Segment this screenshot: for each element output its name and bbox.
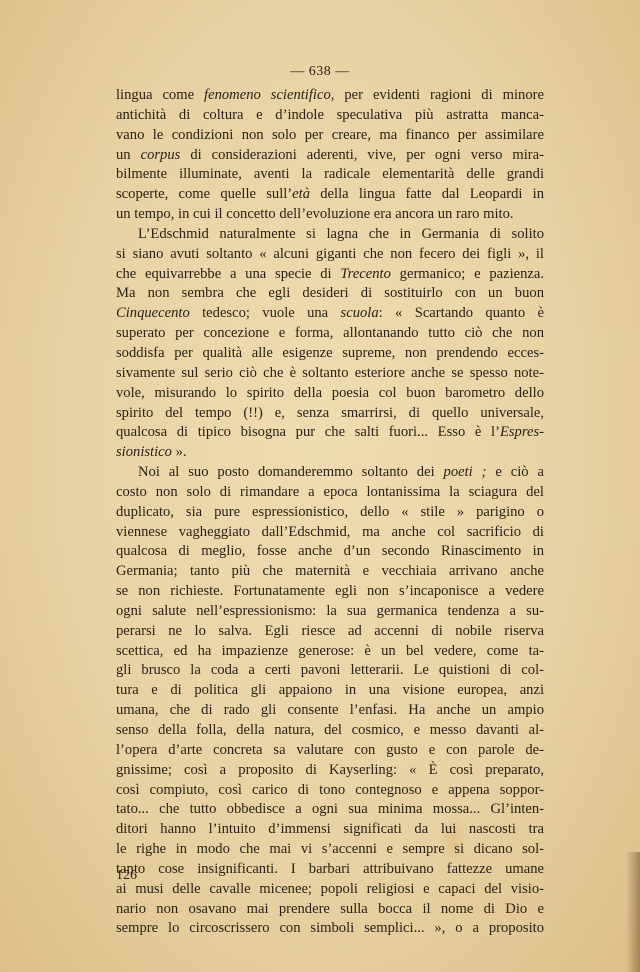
text-line: se non richieste. Fortunatamente egli no… xyxy=(116,582,544,602)
text-line: antichità di coltura e d’indole speculat… xyxy=(116,106,544,126)
text-line: ai musi delle cavalle micenee; popoli re… xyxy=(116,880,544,900)
text-run: ogni salute nell’espressionismo: la sua … xyxy=(116,603,544,619)
text-run: e ciò a xyxy=(486,464,544,480)
text-run: scettica, ed ha impazienze generose: è u… xyxy=(116,643,544,659)
running-head-page-number: — 638 — xyxy=(0,64,640,80)
italic-text: Trecento xyxy=(340,266,391,282)
text-run: antichità di coltura e d’indole speculat… xyxy=(116,107,544,123)
text-line: bilmente illuminate, aventi la radicale … xyxy=(116,165,544,185)
text-line: qualcosa di meglio, fosse anche d’un sec… xyxy=(116,542,544,562)
text-run: : « Scartando quanto è xyxy=(379,305,544,321)
text-run: sivamente sul serio ciò che è soltanto e… xyxy=(116,365,544,381)
text-run: tato... che tutto obbedisce a ogni sua m… xyxy=(116,801,544,817)
text-run: germanico; e pazienza. xyxy=(391,266,544,282)
text-run: costo non solo di rimandare a epoca lont… xyxy=(116,484,544,500)
book-page: — 638 — lingua come fenomeno scientifico… xyxy=(0,0,640,972)
text-run: duplicato, sia pure espressionistico, de… xyxy=(116,504,544,520)
text-line: viennese vagheggiato dall’Edschmid, ma a… xyxy=(116,523,544,543)
text-line: le righe in modo che mai vi s’accenni e … xyxy=(116,840,544,860)
text-run: perarsi ne lo salva. Egli riesce ad acce… xyxy=(116,623,544,639)
italic-text: sionistico xyxy=(116,444,172,460)
text-line: Germania; tanto più che maternità e vecc… xyxy=(116,562,544,582)
text-run: scoperte, come quelle sull’ xyxy=(116,186,292,202)
text-run: che equivarrebbe a una specie di xyxy=(116,266,340,282)
text-line: così compiuto, così carico di tono conte… xyxy=(116,781,544,801)
text-run: un xyxy=(116,147,141,163)
text-line: spirito del tempo (!!) e, senza smarrirs… xyxy=(116,404,544,424)
text-line: tato... che tutto obbedisce a ogni sua m… xyxy=(116,800,544,820)
text-run: un tempo, in cui il concetto dell’evoluz… xyxy=(116,206,514,222)
italic-text: scuola xyxy=(341,305,379,321)
text-run: senso della folla, della natura, del cos… xyxy=(116,722,544,738)
text-run: tanto cose insignificanti. I barbari att… xyxy=(116,861,544,877)
body-text: lingua come fenomeno scientifico, per ev… xyxy=(116,86,544,939)
italic-text: corpus xyxy=(141,147,181,163)
text-line: Ma non sembra che egli desideri di sosti… xyxy=(116,284,544,304)
text-run: nario non osavano mai prendere sulla boc… xyxy=(116,901,544,917)
text-run: Germania; tanto più che maternità e vecc… xyxy=(116,563,544,579)
text-run: vano le condizioni non solo per creare, … xyxy=(116,127,544,143)
text-line: un tempo, in cui il concetto dell’evoluz… xyxy=(116,205,544,225)
text-run: viennese vagheggiato dall’Edschmid, ma a… xyxy=(116,524,544,540)
text-run: ai musi delle cavalle micenee; popoli re… xyxy=(116,881,544,897)
text-run: gnissime; così a proposito di Kayserling… xyxy=(116,762,544,778)
text-run: Ma non sembra che egli desideri di sosti… xyxy=(116,285,544,301)
text-run: ». xyxy=(172,444,187,460)
italic-text: Cinquecento xyxy=(116,305,190,321)
text-run: di considerazioni aderenti, vive, per og… xyxy=(180,147,544,163)
text-run: bilmente illuminate, aventi la radicale … xyxy=(116,166,544,182)
text-run: della lingua fatte dal Leopardi in xyxy=(310,186,544,202)
text-line: superato per concezione e forma, allonta… xyxy=(116,324,544,344)
text-run: sempre lo circoscrissero con simboli sem… xyxy=(116,920,544,936)
text-run: , per evidenti ragioni di minore xyxy=(331,87,544,103)
text-line: Noi al suo posto domanderemmo soltanto d… xyxy=(116,463,544,483)
text-run: se non richieste. Fortunatamente egli no… xyxy=(116,583,544,599)
text-line: sionistico ». xyxy=(116,443,544,463)
folio-number: 126 xyxy=(116,868,137,884)
text-line: un corpus di considerazioni aderenti, vi… xyxy=(116,146,544,166)
text-run: tura e di politica gli appaiono in una v… xyxy=(116,682,544,698)
text-line: vano le condizioni non solo per creare, … xyxy=(116,126,544,146)
text-run: gli brusco la coda a certi pavoni letter… xyxy=(116,662,544,678)
text-line: umana, che di rado gli consente l’enfasi… xyxy=(116,701,544,721)
text-run: Noi al suo posto domanderemmo soltanto d… xyxy=(138,464,444,480)
text-line: lingua come fenomeno scientifico, per ev… xyxy=(116,86,544,106)
text-line: senso della folla, della natura, del cos… xyxy=(116,721,544,741)
text-line: soddisfa per qualità alle esigenze supre… xyxy=(116,344,544,364)
text-line: L’Edschmid naturalmente si lagna che in … xyxy=(116,225,544,245)
text-run: l’opera d’arte concreta sa valutare con … xyxy=(116,742,544,758)
text-run: spirito del tempo (!!) e, senza smarrirs… xyxy=(116,405,544,421)
text-line: tura e di politica gli appaiono in una v… xyxy=(116,681,544,701)
text-line: gnissime; così a proposito di Kayserling… xyxy=(116,761,544,781)
text-run: ditori hanno l’intuito d’immensi signifi… xyxy=(116,821,544,837)
italic-text: poeti ; xyxy=(444,464,487,480)
text-line: ditori hanno l’intuito d’immensi signifi… xyxy=(116,820,544,840)
text-run: L’Edschmid naturalmente si lagna che in … xyxy=(138,226,544,242)
text-line: perarsi ne lo salva. Egli riesce ad acce… xyxy=(116,622,544,642)
text-run: qualcosa di tipico bisogna pur che salti… xyxy=(116,424,500,440)
text-line: nario non osavano mai prendere sulla boc… xyxy=(116,900,544,920)
text-line: si siano avuti soltanto « alcuni giganti… xyxy=(116,245,544,265)
text-line: sempre lo circoscrissero con simboli sem… xyxy=(116,919,544,939)
text-line: che equivarrebbe a una specie di Trecent… xyxy=(116,265,544,285)
text-run: umana, che di rado gli consente l’enfasi… xyxy=(116,702,544,718)
italic-text: Espres- xyxy=(500,424,544,440)
text-line: scettica, ed ha impazienze generose: è u… xyxy=(116,642,544,662)
italic-text: fenomeno scientifico xyxy=(204,87,331,103)
text-run: così compiuto, così carico di tono conte… xyxy=(116,782,544,798)
text-run: le righe in modo che mai vi s’accenni e … xyxy=(116,841,544,857)
text-line: l’opera d’arte concreta sa valutare con … xyxy=(116,741,544,761)
text-line: Cinquecento tedesco; vuole una scuola: «… xyxy=(116,304,544,324)
text-line: costo non solo di rimandare a epoca lont… xyxy=(116,483,544,503)
text-run: si siano avuti soltanto « alcuni giganti… xyxy=(116,246,544,262)
text-run: lingua come xyxy=(116,87,204,103)
text-line: scoperte, come quelle sull’età della lin… xyxy=(116,185,544,205)
text-line: qualcosa di tipico bisogna pur che salti… xyxy=(116,423,544,443)
text-line: sivamente sul serio ciò che è soltanto e… xyxy=(116,364,544,384)
page-edge-shadow xyxy=(626,852,640,972)
text-run: superato per concezione e forma, allonta… xyxy=(116,325,544,341)
text-line: vole, misurando lo spirito della poesia … xyxy=(116,384,544,404)
text-run: tedesco; vuole una xyxy=(190,305,341,321)
text-line: tanto cose insignificanti. I barbari att… xyxy=(116,860,544,880)
text-line: ogni salute nell’espressionismo: la sua … xyxy=(116,602,544,622)
text-line: duplicato, sia pure espressionistico, de… xyxy=(116,503,544,523)
text-run: soddisfa per qualità alle esigenze supre… xyxy=(116,345,544,361)
text-run: qualcosa di meglio, fosse anche d’un sec… xyxy=(116,543,544,559)
text-line: gli brusco la coda a certi pavoni letter… xyxy=(116,661,544,681)
italic-text: età xyxy=(292,186,310,202)
text-run: vole, misurando lo spirito della poesia … xyxy=(116,385,544,401)
